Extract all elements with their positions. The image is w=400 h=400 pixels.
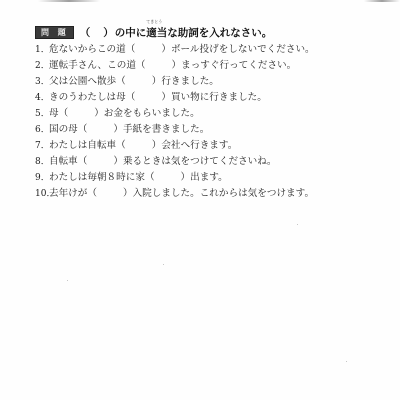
question-number: 8． (35, 154, 49, 167)
question-number: 10． (35, 186, 49, 199)
question-number: 4． (35, 90, 49, 103)
question-text-after: 入院しました。これからは気をつけます。 (133, 185, 315, 199)
close-paren: ） (113, 121, 123, 135)
mondai-badge: 問 題 (35, 26, 74, 39)
question-text-after: 乗るときは気をつけてくださいね。 (123, 153, 277, 167)
header-open-paren: （ (80, 25, 91, 40)
answer-blank-8[interactable] (87, 155, 113, 166)
scan-speck (67, 280, 68, 281)
question-number: 9． (35, 170, 49, 183)
instruction-post: な助詞を入れなさい。 (167, 25, 272, 40)
scan-artifact-right (364, 0, 400, 2)
instruction-ruby-word: てきとう 適当 (146, 25, 167, 40)
answer-blank-2[interactable] (146, 59, 172, 70)
question-text-after: まっすぐ行ってください。 (181, 57, 296, 71)
open-paren: （ (116, 137, 126, 151)
question-text-before: 母 (49, 105, 59, 119)
question-text-before: わたしは毎朝８時に家 (49, 169, 145, 183)
question-text-before: きのうわたしは母 (49, 89, 126, 103)
question-item-5: 5． 母 （ ） お金をもらいました。 (35, 104, 315, 120)
close-paren: ） (181, 169, 191, 183)
answer-blank-10[interactable] (97, 187, 123, 198)
question-item-3: 3． 父は公園へ散歩 （ ） 行きました。 (35, 72, 315, 88)
scan-speck (297, 224, 298, 225)
question-text-after: ボール投げをしないでください。 (171, 41, 315, 55)
answer-blank-6[interactable] (87, 123, 113, 134)
scan-artifact-left (38, 0, 100, 2)
header-close-paren: ） (103, 25, 114, 40)
answer-blank-3[interactable] (126, 75, 152, 86)
answer-blank-1[interactable] (135, 43, 161, 54)
scan-speck (259, 155, 260, 156)
answer-blank-4[interactable] (135, 91, 161, 102)
close-paren: ） (123, 185, 133, 199)
open-paren: （ (145, 169, 155, 183)
question-item-10: 10． 去年けが （ ） 入院しました。これからは気をつけます。 (35, 184, 315, 200)
close-paren: ） (152, 73, 162, 87)
question-text-after: 手紙を書きました。 (123, 121, 209, 135)
answer-blank-5[interactable] (68, 107, 94, 118)
instruction-kanji: 適当 (146, 27, 167, 39)
question-text-after: 買い物に行きました。 (171, 89, 267, 103)
scan-speck (346, 361, 347, 362)
close-paren: ） (113, 153, 123, 167)
question-item-9: 9． わたしは毎朝８時に家 （ ） 出ます。 (35, 168, 315, 184)
question-item-6: 6． 国の母 （ ） 手紙を書きました。 (35, 120, 315, 136)
close-paren: ） (161, 89, 171, 103)
close-paren: ） (94, 105, 104, 119)
answer-blank-9[interactable] (155, 171, 181, 182)
question-item-8: 8． 自転車 （ ） 乗るときは気をつけてくださいね。 (35, 152, 315, 168)
question-number: 5． (35, 106, 49, 119)
open-paren: （ (78, 153, 88, 167)
answer-blank-7[interactable] (126, 139, 152, 150)
question-text-before: 運転手さん、この道 (49, 57, 136, 71)
question-text-before: 自転車 (49, 153, 78, 167)
open-paren: （ (126, 89, 136, 103)
question-item-1: 1． 危ないからこの道 （ ） ボール投げをしないでください。 (35, 40, 315, 56)
question-text-before: 国の母 (49, 121, 78, 135)
question-text-before: 父は公園へ散歩 (49, 73, 116, 87)
exercise-header: 問 題 （ ） の中に てきとう 適当 な助詞を入れなさい。 (35, 25, 272, 40)
question-text-before: わたしは自転車 (49, 137, 116, 151)
question-list: 1． 危ないからこの道 （ ） ボール投げをしないでください。 2． 運転手さん… (35, 40, 315, 200)
instruction-pre: の中に (115, 25, 147, 40)
question-item-7: 7． わたしは自転車 （ ） 会社へ行きます。 (35, 136, 315, 152)
question-number: 1． (35, 42, 49, 55)
question-text-before: 去年けが (49, 185, 87, 199)
open-paren: （ (116, 73, 126, 87)
question-number: 7． (35, 138, 49, 151)
question-text-after: お金をもらいました。 (104, 105, 200, 119)
worksheet-page: 問 題 （ ） の中に てきとう 適当 な助詞を入れなさい。 1． 危ないからこ… (0, 0, 400, 400)
open-paren: （ (126, 41, 136, 55)
close-paren: ） (172, 57, 182, 71)
question-number: 2． (35, 58, 49, 71)
question-text-after: 出ます。 (190, 169, 228, 183)
instruction-furigana: てきとう (146, 19, 162, 24)
close-paren: ） (152, 137, 162, 151)
question-text-before: 危ないからこの道 (49, 41, 126, 55)
scan-speck (163, 264, 164, 265)
question-text-after: 会社へ行きます。 (161, 137, 237, 151)
open-paren: （ (59, 105, 69, 119)
close-paren: ） (161, 41, 171, 55)
open-paren: （ (78, 121, 88, 135)
open-paren: （ (136, 57, 146, 71)
open-paren: （ (87, 185, 97, 199)
question-text-after: 行きました。 (161, 73, 219, 87)
question-item-2: 2． 運転手さん、この道 （ ） まっすぐ行ってください。 (35, 56, 315, 72)
question-number: 3． (35, 74, 49, 87)
question-item-4: 4． きのうわたしは母 （ ） 買い物に行きました。 (35, 88, 315, 104)
question-number: 6． (35, 122, 49, 135)
